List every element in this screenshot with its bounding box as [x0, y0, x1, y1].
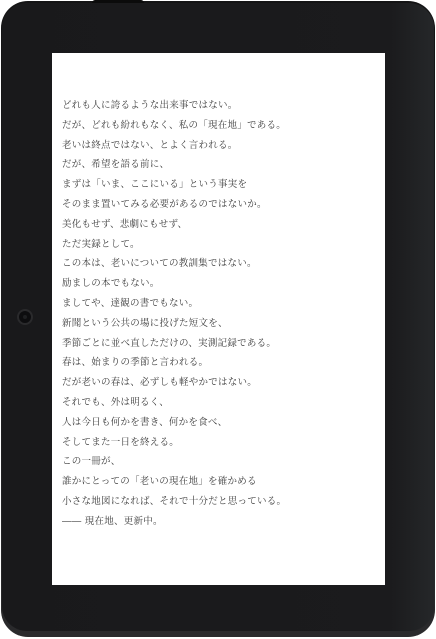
page-text-line: 老いは終点ではない、とよく言われる。: [62, 136, 373, 156]
page-text-line: ただ実録として。: [62, 235, 373, 255]
page-text-line: だが、どれも紛れもなく、私の「現在地」である。: [62, 116, 373, 136]
page-text-line: 人は今日も何かを書き、何かを食べ、: [62, 413, 373, 433]
book-page: どれも人に誇るような出来事ではない。 だが、どれも紛れもなく、私の「現在地」であ…: [52, 53, 385, 585]
page-text-line: そしてまた一日を終える。: [62, 433, 373, 453]
page-text-line: 小さな地図になれば、それで十分だと思っている。: [62, 492, 373, 512]
page-text-line: だが老いの春は、必ずしも軽やかではない。: [62, 373, 373, 393]
page-text-line: この本は、老いについての教訓集ではない。: [62, 254, 373, 274]
page-text-line: それでも、外は明るく、: [62, 393, 373, 413]
reader-screen[interactable]: どれも人に誇るような出来事ではない。 だが、どれも紛れもなく、私の「現在地」であ…: [52, 53, 385, 585]
page-text-line: この一冊が、: [62, 452, 373, 472]
front-camera-lens: [17, 309, 33, 325]
device-mockup: どれも人に誇るような出来事ではない。 だが、どれも紛れもなく、私の「現在地」であ…: [0, 0, 436, 639]
page-text-line: ―― 現在地、更新中。: [62, 512, 373, 532]
page-text-line: どれも人に誇るような出来事ではない。: [62, 96, 373, 116]
device-bezel: どれも人に誇るような出来事ではない。 だが、どれも紛れもなく、私の「現在地」であ…: [2, 3, 434, 631]
camera-dot-icon: [23, 315, 27, 319]
page-text-line: 季節ごとに並べ直しただけの、実測記録である。: [62, 334, 373, 354]
page-text-line: 励ましの本でもない。: [62, 274, 373, 294]
page-text-line: だが、希望を語る前に、: [62, 155, 373, 175]
page-text-line: ましてや、達観の書でもない。: [62, 294, 373, 314]
page-text-line: 春は、始まりの季節と言われる。: [62, 353, 373, 373]
page-text-line: 美化もせず、悲劇にもせず、: [62, 215, 373, 235]
page-text-line: 誰かにとっての「老いの現在地」を確かめる: [62, 472, 373, 492]
page-text-line: 新聞という公共の場に投げた短文を、: [62, 314, 373, 334]
page-text-line: まずは「いま、ここにいる」という事実を: [62, 175, 373, 195]
page-text-line: そのまま置いてみる必要があるのではないか。: [62, 195, 373, 215]
